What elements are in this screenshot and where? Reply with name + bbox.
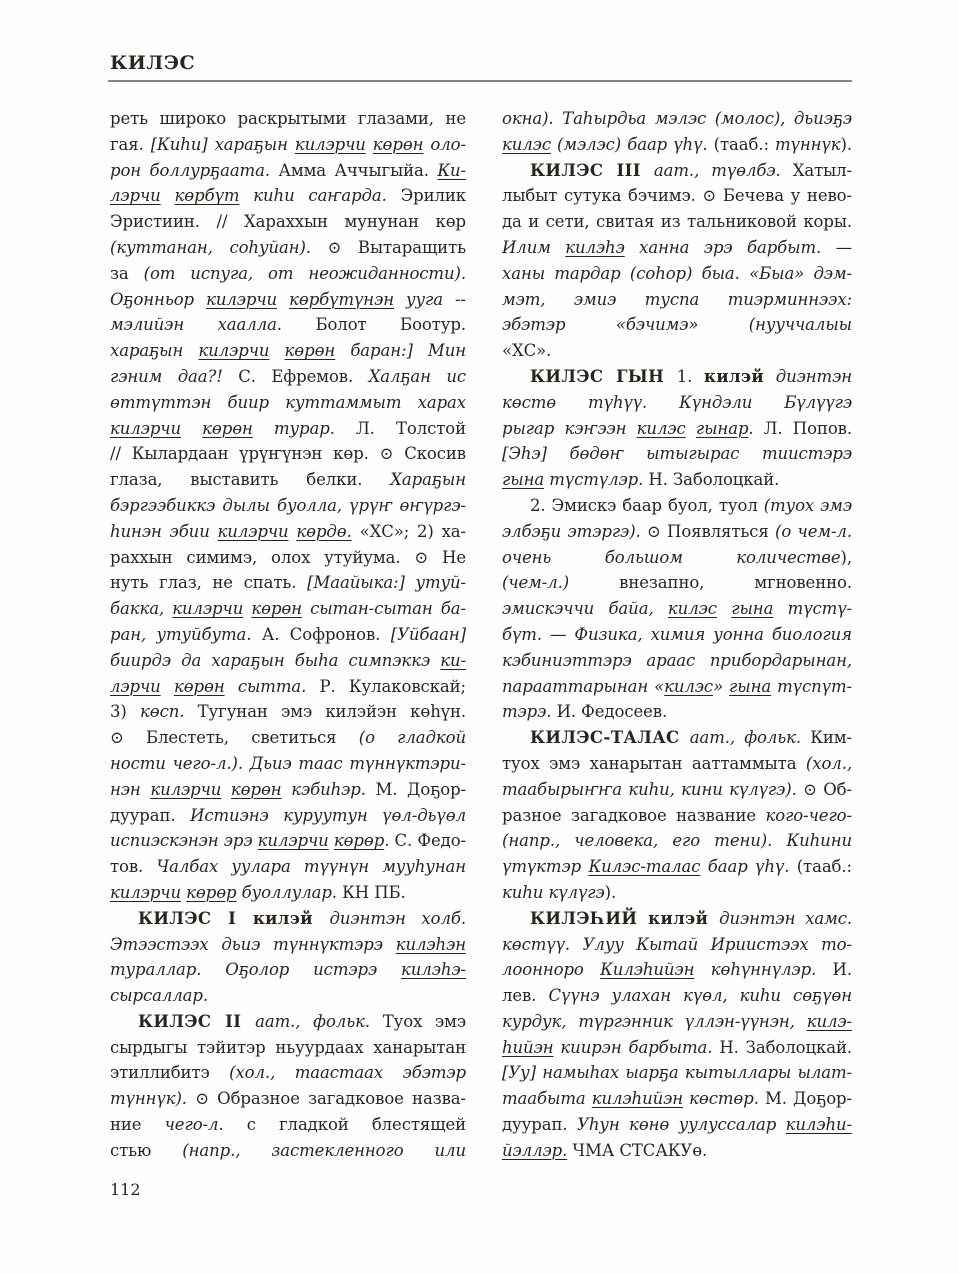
text-line: [Эһэ] бөдөҥ ытыгырас тиистэрэ килэс <box>502 441 852 467</box>
text-line: тов. Чалбах уулара түүнүн мууһунан <box>110 854 466 880</box>
text-line: биирдэ да хараҕын быһа симпэккэ ки- <box>110 648 466 674</box>
text-line: һинэн эбии килэрчи көрдө. «ХС»; 2) ха- <box>110 519 466 545</box>
text-line: кэбиниэттэрэ араас прибордарынан, ап- <box>502 648 852 674</box>
text-line: бүт. — Физика, химия уонна биология <box>502 622 852 648</box>
text-line: килэс (мэлэс) баар үһү. (тааб.: түннүк). <box>502 132 852 158</box>
text-line: килэрчи көрөн турар. Л. Толстой (тылб.). <box>110 416 466 442</box>
text-line: разное загадковое название кого-чего-л. <box>502 803 852 829</box>
text-line: гына түстүлэр. Н. Заболоцкай. <box>502 467 852 493</box>
text-line: дуурап. Уһун көнө уулуссалар килэһи- <box>502 1112 852 1138</box>
text-line: КИЛЭС I килэй диэнтэн холб. туһ. <box>110 906 466 932</box>
text-line: парааттарынан «килэс» гына түспүт- <box>502 674 852 700</box>
text-line: (напр., человека, его тени). Киһини <box>502 828 852 854</box>
text-line: КИЛЭС-ТАЛАС аат., фольк. Ким- <box>502 725 852 751</box>
text-line: КИЛЭС ГЫН 1. килэй диэнтэн <box>502 364 852 390</box>
text-line: ности чего-л.). Дьиэ таас түннүктэри- <box>110 751 466 777</box>
text-line: стью (напр., застекленного или ледяного <box>110 1138 466 1164</box>
text-line: КИЛЭС II аат., фольк. Туох эмэ <box>110 1009 466 1035</box>
text-line: испиэскэнэн эрэ килэрчи көрөр. С. Федо- <box>110 828 466 854</box>
text-line: лэрчи көрөн сытта. Р. Кулаковскай; <box>110 674 466 700</box>
text-line: ние чего-л. с гладкой блестящей поверхно… <box>110 1112 466 1138</box>
text-line: элбэҕи этэргэ). ⊙ Появляться (о чем-л. в <box>502 519 852 545</box>
text-line: «ХС». <box>502 338 852 364</box>
text-line: үтүктэр Килэс-талас баар үһү. (тааб.: <box>502 854 852 880</box>
text-line: реть широко раскрытыми глазами, не ми- <box>110 106 466 132</box>
text-columns: реть широко раскрытыми глазами, не ми-га… <box>110 106 852 1164</box>
text-line: эмискэччи байа, килэс гына түстү- <box>502 596 852 622</box>
text-line: лоонноро Килэһийэн көһүннүлэр. И. Гого- <box>502 957 852 983</box>
text-line: // Кылардаан үрүҥүнэн көр. ⊙ Скосив <box>110 441 466 467</box>
text-column-right: окна). Таһырдьа мэлэс (молос), дьиэҕэкил… <box>502 106 852 1164</box>
text-column-left: реть широко раскрытыми глазами, не ми-га… <box>110 106 466 1164</box>
text-line: тэрэ. И. Федосеев. <box>502 699 852 725</box>
text-line: Эристиин. // Хараххын мунунан көр <box>110 209 466 235</box>
text-line: этиллибитэ (хол., таастаах эбэтэр муус <box>110 1060 466 1086</box>
text-line: йэллэр. ЧМА СТСАКУө. <box>502 1138 852 1164</box>
text-line: эбэтэр «бэчимэ» (нууччалыы «бечева»). <box>502 312 852 338</box>
text-line: Оҕонньор килэрчи көрбүтүнэн ууга -- <box>110 287 466 313</box>
text-line: түннүк). ⊙ Образное загадковое назва- <box>110 1086 466 1112</box>
text-line: көстүү. Улуу Кытай Ириистээх то- <box>502 932 852 958</box>
text-line: лэрчи көрбүт киһи саҥарда. Эрилик <box>110 183 466 209</box>
text-line: раххын симимэ, олох утуйума. ⊙ Не сомк- <box>110 545 466 571</box>
text-line: глаза, выставить белки. Хараҕын кылара <box>110 467 466 493</box>
text-line: рыгар кэҥээн килэс гынар. Л. Попов. <box>502 416 852 442</box>
text-line: [Уу] намыһах ыарҕа кытыллары ылат- <box>502 1060 852 1086</box>
text-line: мэлийэн хаалла. Болот Боотур. [Кэтириис <box>110 312 466 338</box>
text-line: сырдыгы тэйитэр ньуурдаах ханарытан <box>110 1035 466 1061</box>
text-line: лев. Сүүнэ улахан күөл, киһи сөҕүөн <box>502 983 852 1009</box>
header-rule <box>108 80 852 82</box>
text-line: очень большом количестве), наполняться <box>502 545 852 571</box>
text-line: КИЛЭҺИЙ килэй диэнтэн хамс. <box>502 906 852 932</box>
text-line: за (от испуга, от неожиданности). <box>110 261 466 287</box>
text-line: Этээстээх дьиэ түннүктэрэ килэһэн <box>110 932 466 958</box>
text-line: бэргээбиккэ дылы буолла, үрүҥ өҥүргэ- <box>110 493 466 519</box>
text-line: ⊙ Блестеть, светиться (о гладкой поверх- <box>110 725 466 751</box>
text-line: көстө түһүү. Күндэли Бүлүүгэ чугаһыы- <box>502 390 852 416</box>
text-line: (куттанан, соһуйан). ⊙ Вытаращить гла- <box>110 235 466 261</box>
text-line: таабыта килэһийэн көстөр. М. Доҕор- <box>502 1086 852 1112</box>
text-line: килэрчи көрөр буоллулар. КН ПБ. <box>110 880 466 906</box>
text-line: ханы тардар (соһор) быа. «Быа» дэм- <box>502 261 852 287</box>
text-line: рон боллурҕаата. Амма Аччыгыйа. Ки- <box>110 158 466 184</box>
text-line: таабырыҥҥа киһи, кини күлүгэ). ⊙ Об- <box>502 777 852 803</box>
text-line: КИЛЭС III аат., түөлбэ. Хатыл- <box>502 158 852 184</box>
text-line: да и сети, свитая из тальниковой коры. <box>502 209 852 235</box>
text-line: курдук, түргэнник үллэн-үүнэн, килэ- <box>502 1009 852 1035</box>
text-line: һийэн киирэн барбыта. Н. Заболоцкай. <box>502 1035 852 1061</box>
text-line: 2. Эмискэ баар буол, туол (туох эмэ <box>502 493 852 519</box>
text-line: тураллар. Оҕолор истэрэ килэһэ-килэһэ <box>110 957 466 983</box>
text-line: сырсаллар. <box>110 983 466 1009</box>
page-number: 112 <box>110 1180 141 1199</box>
text-line: Илим килэһэ ханна эрэ барбыт. — Муҥ- <box>502 235 852 261</box>
text-line: туох эмэ ханарытан ааттаммыта (хол., <box>502 751 852 777</box>
text-line: киһи күлүгэ). <box>502 880 852 906</box>
text-line: хараҕын килэрчи көрөн баран:] Мин кэр- <box>110 338 466 364</box>
text-line: нэн килэрчи көрөн кэбиһэр. М. Доҕор- <box>110 777 466 803</box>
text-line: өттүттэн биир куттаммыт харах <box>110 390 466 416</box>
text-line: гэним даа?! С. Ефремов. Халҕан ис <box>110 364 466 390</box>
text-line: лыбыт сутука бэчимэ. ⊙ Бечева у нево- <box>502 183 852 209</box>
text-line: дуурап. Истиэнэ куруутун үөл-дьүөл <box>110 803 466 829</box>
dictionary-page: КИЛЭС реть широко раскрытыми глазами, не… <box>0 0 959 1274</box>
text-line: 3) көсп. Тугунан эмэ килэйэн көһүн. <box>110 699 466 725</box>
text-line: окна). Таһырдьа мэлэс (молос), дьиэҕэ <box>502 106 852 132</box>
text-line: бакка, килэрчи көрөн сытан-сытан ба- <box>110 596 466 622</box>
text-line: ран, утуйбута. А. Софронов. [Уйбаан] <box>110 622 466 648</box>
text-line: (чем-л.) внезапно, мгновенно. Кинигэнэн <box>502 570 852 596</box>
text-line: мэт, эмиэ туспа тиэрминнээх: «килэс» <box>502 287 852 313</box>
text-line: гая. [Киһи] хараҕын килэрчи көрөн оло- <box>110 132 466 158</box>
running-head: КИЛЭС <box>110 52 195 74</box>
text-line: нуть глаз, не спать. [Маайыка:] утуй- <box>110 570 466 596</box>
